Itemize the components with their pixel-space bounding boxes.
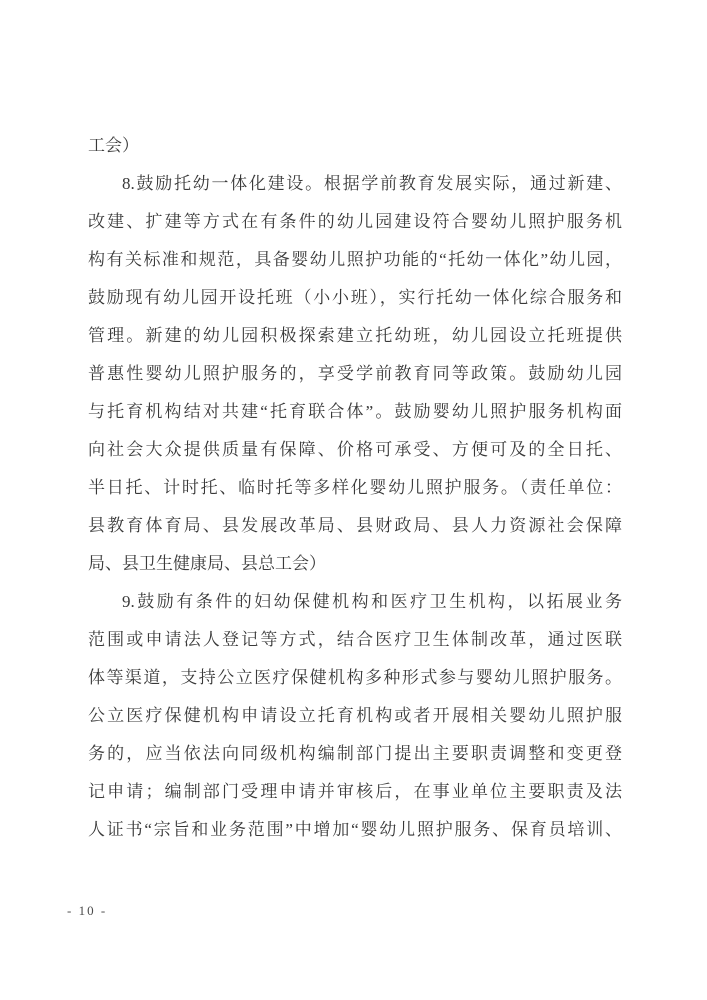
page-number: - 10 - [67,903,107,919]
text-line: 人证书“宗旨和业务范围”中增加“婴幼儿照护服务、保育员培训、 [88,811,622,849]
text-line: 构有关标准和规范，具备婴幼儿照护功能的“托幼一体化”幼儿园， [88,241,622,279]
text-line: 工会） [88,127,622,165]
document-body-text: 工会） 8.鼓励托幼一体化建设。根据学前教育发展实际，通过新建、 改建、扩建等方… [88,127,622,849]
text-line: 管理。新建的幼儿园积极探索建立托幼班，幼儿园设立托班提供 [88,317,622,355]
text-line: 9.鼓励有条件的妇幼保健机构和医疗卫生机构，以拓展业务 [88,583,622,621]
text-line: 记申请；编制部门受理申请并审核后，在事业单位主要职责及法 [88,773,622,811]
text-line: 县教育体育局、县发展改革局、县财政局、县人力资源社会保障 [88,507,622,545]
text-line: 半日托、计时托、临时托等多样化婴幼儿照护服务。（责任单位： [88,469,622,507]
text-line: 鼓励现有幼儿园开设托班（小小班），实行托幼一体化综合服务和 [88,279,622,317]
text-line: 公立医疗保健机构申请设立托育机构或者开展相关婴幼儿照护服 [88,697,622,735]
text-line: 局、县卫生健康局、县总工会） [88,545,622,583]
document-page: 工会） 8.鼓励托幼一体化建设。根据学前教育发展实际，通过新建、 改建、扩建等方… [0,0,707,1000]
text-line: 8.鼓励托幼一体化建设。根据学前教育发展实际，通过新建、 [88,165,622,203]
text-line: 与托育机构结对共建“托育联合体”。鼓励婴幼儿照护服务机构面 [88,393,622,431]
text-line: 普惠性婴幼儿照护服务的，享受学前教育同等政策。鼓励幼儿园 [88,355,622,393]
text-line: 体等渠道，支持公立医疗保健机构多种形式参与婴幼儿照护服务。 [88,659,622,697]
text-line: 向社会大众提供质量有保障、价格可承受、方便可及的全日托、 [88,431,622,469]
text-line: 改建、扩建等方式在有条件的幼儿园建设符合婴幼儿照护服务机 [88,203,622,241]
text-line: 务的，应当依法向同级机构编制部门提出主要职责调整和变更登 [88,735,622,773]
text-line: 范围或申请法人登记等方式，结合医疗卫生体制改革，通过医联 [88,621,622,659]
